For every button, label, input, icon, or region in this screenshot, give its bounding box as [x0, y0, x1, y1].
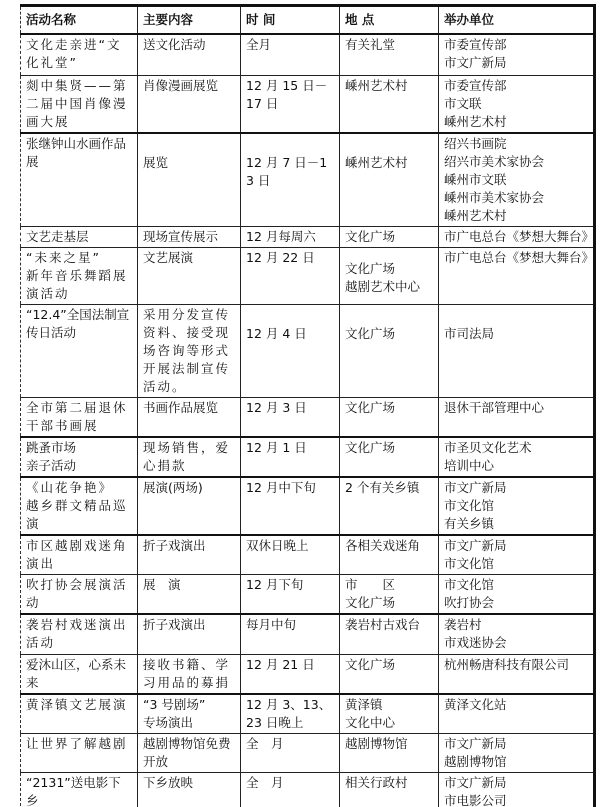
cell-organizer: 市文广新局 市文化馆 有关乡镇: [439, 477, 595, 535]
cell-time: 全 月: [241, 773, 340, 807]
cell-time: 全月: [241, 34, 340, 75]
cell-time: 12 月 22 日: [241, 247, 340, 304]
cell-organizer: 市广电总台《梦想大舞台》: [439, 226, 595, 247]
cell-activity-name: “2131”送电影下乡: [21, 773, 138, 807]
cell-time: 12 月 3 日: [241, 397, 340, 437]
cell-organizer: 市司法局: [439, 304, 595, 397]
table-row: 爱沐山区，心系未来 接收书籍、学习用品的募捐 12 月 21 日 文化广场 杭州…: [21, 655, 595, 695]
cell-place: 2 个有关乡镇: [340, 477, 439, 535]
cell-activity-name: 吹打协会展演活动: [21, 574, 138, 614]
cell-activity-name: 全市第二届退休干部书画展: [21, 397, 138, 437]
cell-activity-name: “未来之星” 新年音乐舞蹈展演活动: [21, 247, 138, 304]
cell-main-content: 接收书籍、学习用品的募捐: [138, 655, 241, 695]
table-row: 文化走亲进“文化礼堂” 送文化活动 全月 有关礼堂 市委宣传部 市文广新局: [21, 34, 595, 75]
table-row: 市区越剧戏迷角演出 折子戏演出 双休日晚上 各相关戏迷角 市文广新局 市文化馆: [21, 535, 595, 575]
cell-organizer: 绍兴书画院 绍兴市美术家协会 嵊州市文联 嵊州市美术家协会 嵊州艺术村: [439, 133, 595, 227]
cell-organizer: 市广电总台《梦想大舞台》: [439, 247, 595, 304]
cell-place: 嵊州艺术村: [340, 133, 439, 227]
cell-time: 全 月: [241, 734, 340, 773]
table-row: “12.4”全国法制宣传日活动 采用分发宣传资料、接受现场咨询等形式开展法制宣传…: [21, 304, 595, 397]
cell-place: 文化广场: [340, 304, 439, 397]
cell-place: 文化广场: [340, 397, 439, 437]
header-time: 时 间: [241, 6, 340, 35]
cell-time: 12 月 4 日: [241, 304, 340, 397]
header-organizer: 举办单位: [439, 6, 595, 35]
cell-time: 12 月 7 日－13 日: [241, 133, 340, 227]
cell-time: 双休日晚上: [241, 535, 340, 575]
cell-time: 12 月中下旬: [241, 477, 340, 535]
cell-activity-name: 剡中集贤——第二届中国肖像漫画大展: [21, 75, 138, 133]
cell-place: 文化广场: [340, 437, 439, 477]
cell-main-content: 文艺展演: [138, 247, 241, 304]
table-row: 黄泽镇文艺展演 “3 号剧场” 专场演出 12 月 3、13、23 日晚上 黄泽…: [21, 694, 595, 734]
cell-activity-name: 市区越剧戏迷角演出: [21, 535, 138, 575]
table-row: 文艺走基层 现场宣传展示 12 月每周六 文化广场 市广电总台《梦想大舞台》: [21, 226, 595, 247]
cell-organizer: 杭州畅唐科技有限公司: [439, 655, 595, 695]
cell-organizer: 退休干部管理中心: [439, 397, 595, 437]
cell-main-content: 现场宣传展示: [138, 226, 241, 247]
cell-time: 12 月每周六: [241, 226, 340, 247]
cell-time: 12 月 21 日: [241, 655, 340, 695]
cell-main-content: 展 演: [138, 574, 241, 614]
cell-organizer: 市文广新局 市电影公司: [439, 773, 595, 807]
cell-time: 12 月 3、13、23 日晚上: [241, 694, 340, 734]
cell-main-content: 现场销售，爱心捐款: [138, 437, 241, 477]
cell-organizer: 黄泽文化站: [439, 694, 595, 734]
cell-main-content: “3 号剧场” 专场演出: [138, 694, 241, 734]
cell-activity-name: 张继钟山水画作品展: [21, 133, 138, 227]
header-main-content: 主要内容: [138, 6, 241, 35]
cell-place: 文化广场: [340, 655, 439, 695]
cell-time: 12 月 1 日: [241, 437, 340, 477]
cell-place: 嵊州艺术村: [340, 75, 439, 133]
cell-activity-name: 文化走亲进“文化礼堂”: [21, 34, 138, 75]
cell-main-content: 展演(两场): [138, 477, 241, 535]
cell-activity-name: 跳蚤市场 亲子活动: [21, 437, 138, 477]
cell-organizer: 市圣贝文化艺术 培训中心: [439, 437, 595, 477]
cell-main-content: 折子戏演出: [138, 614, 241, 655]
table-row: 全市第二届退休干部书画展 书画作品展览 12 月 3 日 文化广场 退休干部管理…: [21, 397, 595, 437]
table-row: 袭岩村戏迷演出活动 折子戏演出 每月中旬 袭岩村古戏台 袭岩村 市戏迷协会: [21, 614, 595, 655]
cell-time: 12 月下旬: [241, 574, 340, 614]
cell-organizer: 市文广新局 越剧博物馆: [439, 734, 595, 773]
cell-organizer: 市委宣传部 市文广新局: [439, 34, 595, 75]
table-row: “未来之星” 新年音乐舞蹈展演活动 文艺展演 12 月 22 日 文化广场 越剧…: [21, 247, 595, 304]
cell-main-content: 展览: [138, 133, 241, 227]
cell-main-content: 书画作品展览: [138, 397, 241, 437]
cell-activity-name: 让世界了解越剧: [21, 734, 138, 773]
table-row: 张继钟山水画作品展 展览 12 月 7 日－13 日 嵊州艺术村 绍兴书画院 绍…: [21, 133, 595, 227]
cell-place: 文化广场 越剧艺术中心: [340, 247, 439, 304]
table-row: 剡中集贤——第二届中国肖像漫画大展 肖像漫画展览 12 月 15 日－17 日 …: [21, 75, 595, 133]
cell-place: 文化广场: [340, 226, 439, 247]
cell-activity-name: 《山花争艳》 越乡群文精品巡演: [21, 477, 138, 535]
cell-activity-name: “12.4”全国法制宣传日活动: [21, 304, 138, 397]
cell-activity-name: 袭岩村戏迷演出活动: [21, 614, 138, 655]
event-schedule-table: 活动名称 主要内容 时 间 地 点 举办单位 文化走亲进“文化礼堂” 送文化活动…: [20, 4, 596, 807]
cell-organizer: 市文化馆 吹打协会: [439, 574, 595, 614]
cell-time: 12 月 15 日－17 日: [241, 75, 340, 133]
cell-main-content: 越剧博物馆免费开放: [138, 734, 241, 773]
table-row: 《山花争艳》 越乡群文精品巡演 展演(两场) 12 月中下旬 2 个有关乡镇 市…: [21, 477, 595, 535]
table-row: 吹打协会展演活动 展 演 12 月下旬 市 区 文化广场 市文化馆 吹打协会: [21, 574, 595, 614]
cell-place: 市 区 文化广场: [340, 574, 439, 614]
cell-activity-name: 爱沐山区，心系未来: [21, 655, 138, 695]
cell-main-content: 下乡放映: [138, 773, 241, 807]
cell-place: 各相关戏迷角: [340, 535, 439, 575]
table-row: 让世界了解越剧 越剧博物馆免费开放 全 月 越剧博物馆 市文广新局 越剧博物馆: [21, 734, 595, 773]
cell-place: 越剧博物馆: [340, 734, 439, 773]
cell-activity-name: 黄泽镇文艺展演: [21, 694, 138, 734]
cell-main-content: 折子戏演出: [138, 535, 241, 575]
cell-organizer: 袭岩村 市戏迷协会: [439, 614, 595, 655]
cell-place: 袭岩村古戏台: [340, 614, 439, 655]
table-row: “2131”送电影下乡 下乡放映 全 月 相关行政村 市文广新局 市电影公司: [21, 773, 595, 807]
cell-main-content: 肖像漫画展览: [138, 75, 241, 133]
cell-activity-name: 文艺走基层: [21, 226, 138, 247]
header-place: 地 点: [340, 6, 439, 35]
cell-time: 每月中旬: [241, 614, 340, 655]
event-schedule-sheet: 活动名称 主要内容 时 间 地 点 举办单位 文化走亲进“文化礼堂” 送文化活动…: [20, 4, 594, 807]
cell-organizer: 市委宣传部 市文联 嵊州艺术村: [439, 75, 595, 133]
cell-place: 有关礼堂: [340, 34, 439, 75]
cell-main-content: 送文化活动: [138, 34, 241, 75]
table-header-row: 活动名称 主要内容 时 间 地 点 举办单位: [21, 6, 595, 35]
header-activity-name: 活动名称: [21, 6, 138, 35]
table-row: 跳蚤市场 亲子活动 现场销售，爱心捐款 12 月 1 日 文化广场 市圣贝文化艺…: [21, 437, 595, 477]
cell-place: 黄泽镇 文化中心: [340, 694, 439, 734]
cell-main-content: 采用分发宣传资料、接受现场咨询等形式开展法制宣传活动。: [138, 304, 241, 397]
cell-organizer: 市文广新局 市文化馆: [439, 535, 595, 575]
cell-place: 相关行政村: [340, 773, 439, 807]
